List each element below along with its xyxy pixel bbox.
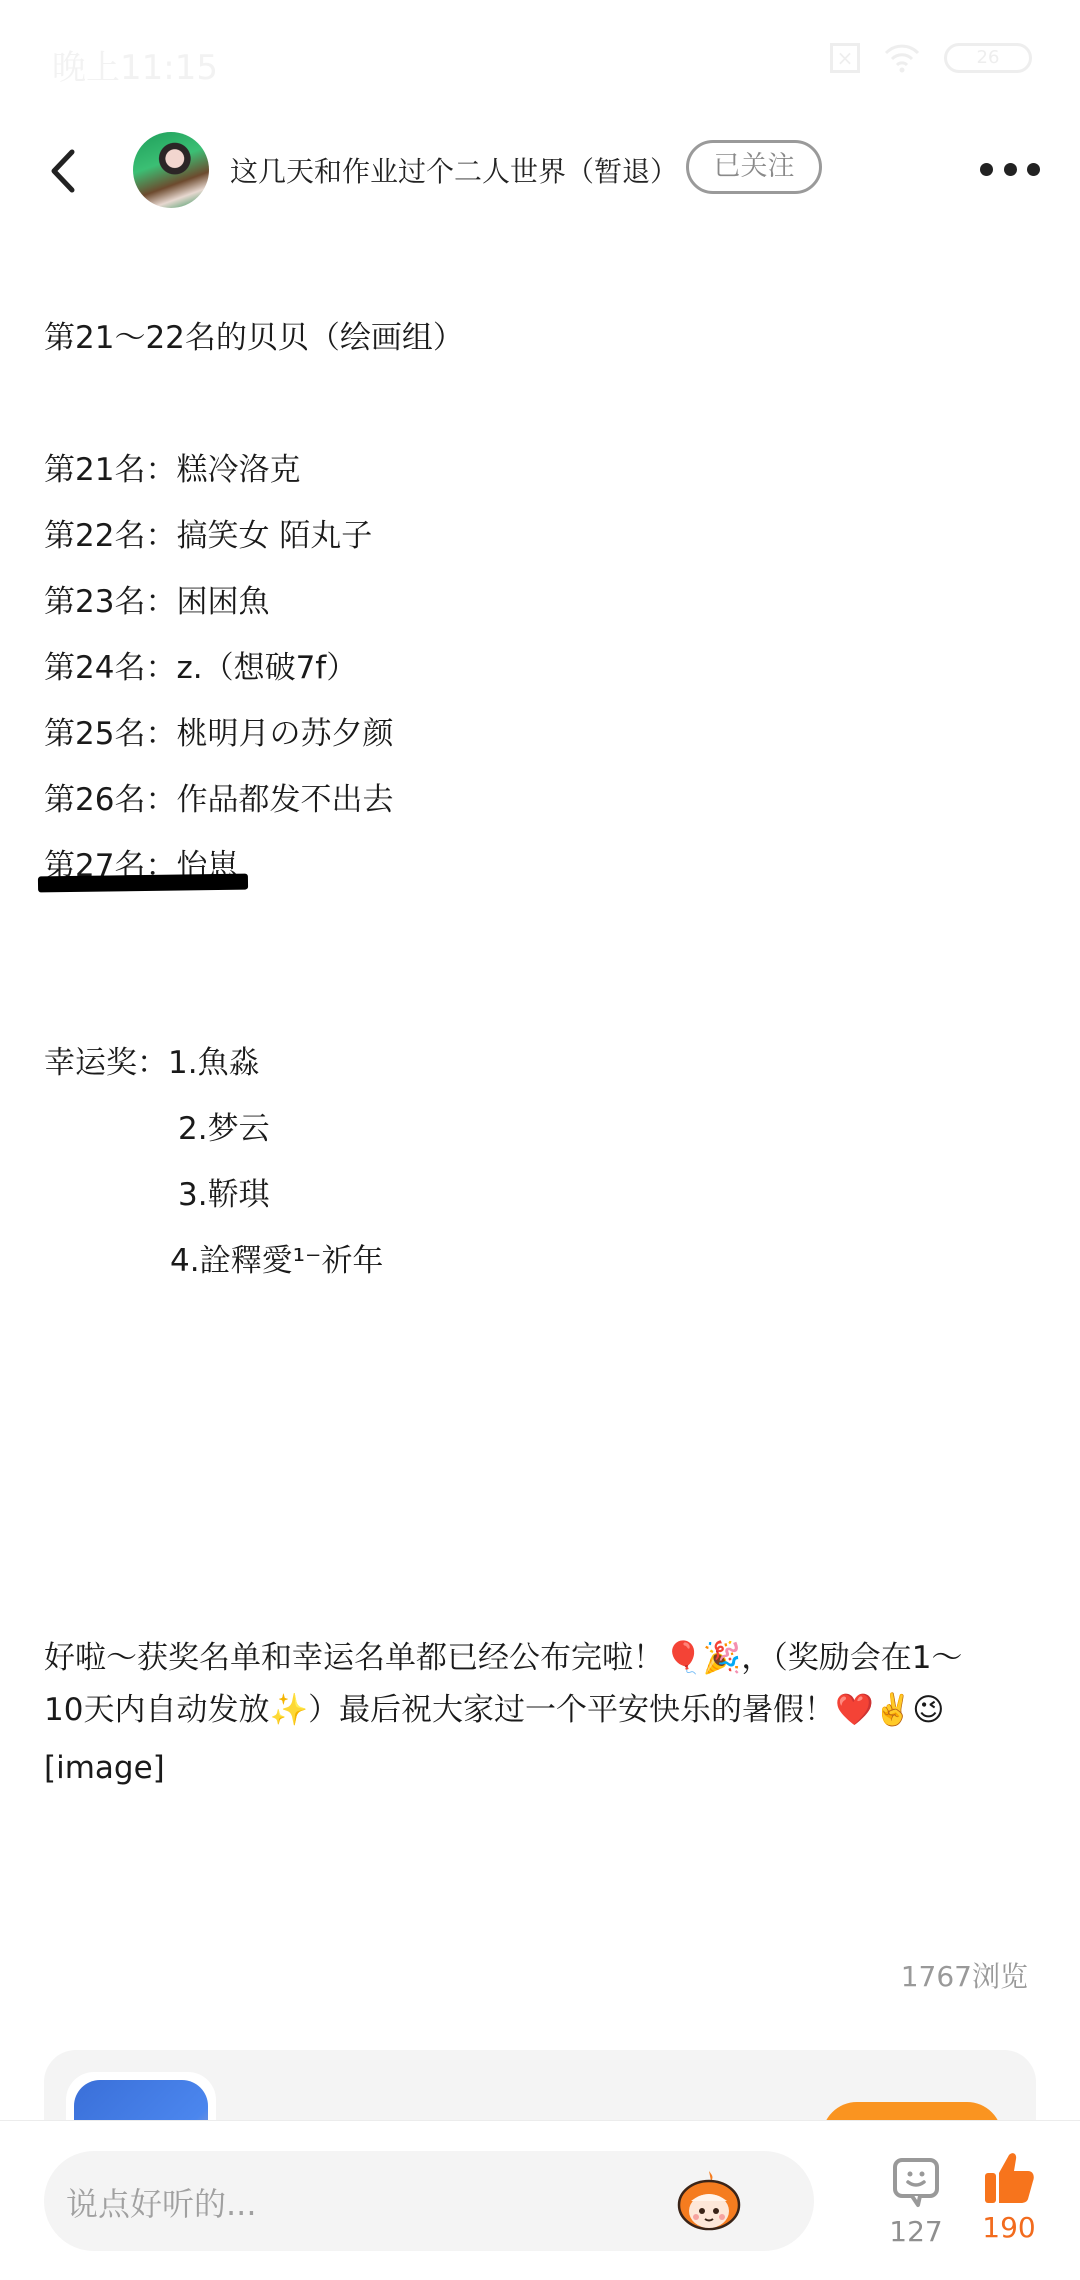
lucky-winner: 3.鞒琪 <box>178 1169 270 1214</box>
sim-off-icon: × <box>830 43 860 73</box>
post-header: 这几天和作业过个二人世界（暂退） 已关注 <box>0 128 1080 214</box>
post-heading: 第21～22名的贝贝（绘画组） <box>44 312 464 357</box>
heart-victory-wink-emoji: ❤️✌️😉 <box>835 1692 945 1728</box>
ranking-row: 第22名：搞笑女 陌丸子 <box>44 510 372 555</box>
more-options-button[interactable] <box>980 154 1040 184</box>
ranking-row: 第26名：作品都发不出去 <box>44 774 393 819</box>
follow-button[interactable]: 已关注 <box>686 140 822 194</box>
like-count: 190 <box>974 2211 1044 2244</box>
sparkles-emoji: ✨ <box>269 1692 308 1728</box>
lucky-winner: 4.詮釋愛¹⁻祈年 <box>170 1235 383 1280</box>
author-name[interactable]: 这几天和作业过个二人世界（暂退） <box>230 150 678 190</box>
ranking-row: 第25名：桃明月の苏夕颜 <box>44 708 393 753</box>
balloon-party-emoji: 🎈🎉 <box>664 1640 741 1676</box>
status-time: 晚上11:15 <box>52 40 218 89</box>
comment-placeholder: 说点好听的... <box>66 2179 257 2225</box>
comment-button[interactable]: 127 <box>886 2157 946 2248</box>
author-avatar[interactable] <box>133 132 209 208</box>
lucky-winner: 2.梦云 <box>178 1103 270 1148</box>
more-dots-icon <box>980 163 993 176</box>
image-placeholder: [image] <box>44 1750 165 1786</box>
wifi-icon <box>882 42 922 74</box>
ranking-row: 第24名：z.（想破7f） <box>44 642 357 687</box>
bottom-action-bar: 说点好听的... 127 190 <box>0 2120 1080 2280</box>
more-dots-icon <box>1027 163 1040 176</box>
comment-input[interactable]: 说点好听的... <box>44 2151 814 2251</box>
battery-icon: 26 <box>944 43 1032 73</box>
lucky-award-row: 幸运奖：1.魚淼 <box>44 1037 260 1082</box>
mascot-emoji-icon[interactable] <box>674 2169 744 2233</box>
status-icons: × 26 <box>830 42 1032 74</box>
like-button[interactable]: 190 <box>974 2151 1044 2244</box>
back-button[interactable] <box>40 140 90 202</box>
thumbs-up-icon <box>983 2151 1035 2205</box>
comment-count: 127 <box>886 2215 946 2248</box>
view-count: 1767浏览 <box>901 1955 1028 1995</box>
highlight-underline <box>38 874 248 893</box>
ranking-row: 第21名：糕冷洛克 <box>44 444 300 489</box>
more-dots-icon <box>1004 163 1017 176</box>
closing-text-line-1: 好啦～获奖名单和幸运名单都已经公布完啦！🎈🎉，（奖励会在1～ <box>44 1632 962 1677</box>
comment-smile-icon <box>892 2157 940 2209</box>
status-bar: 晚上11:15 × 26 <box>0 0 1080 120</box>
closing-text-line-2: 10天内自动发放✨）最后祝大家过一个平安快乐的暑假！❤️✌️😉 <box>44 1684 945 1729</box>
ranking-row: 第23名：困困魚 <box>44 576 269 621</box>
